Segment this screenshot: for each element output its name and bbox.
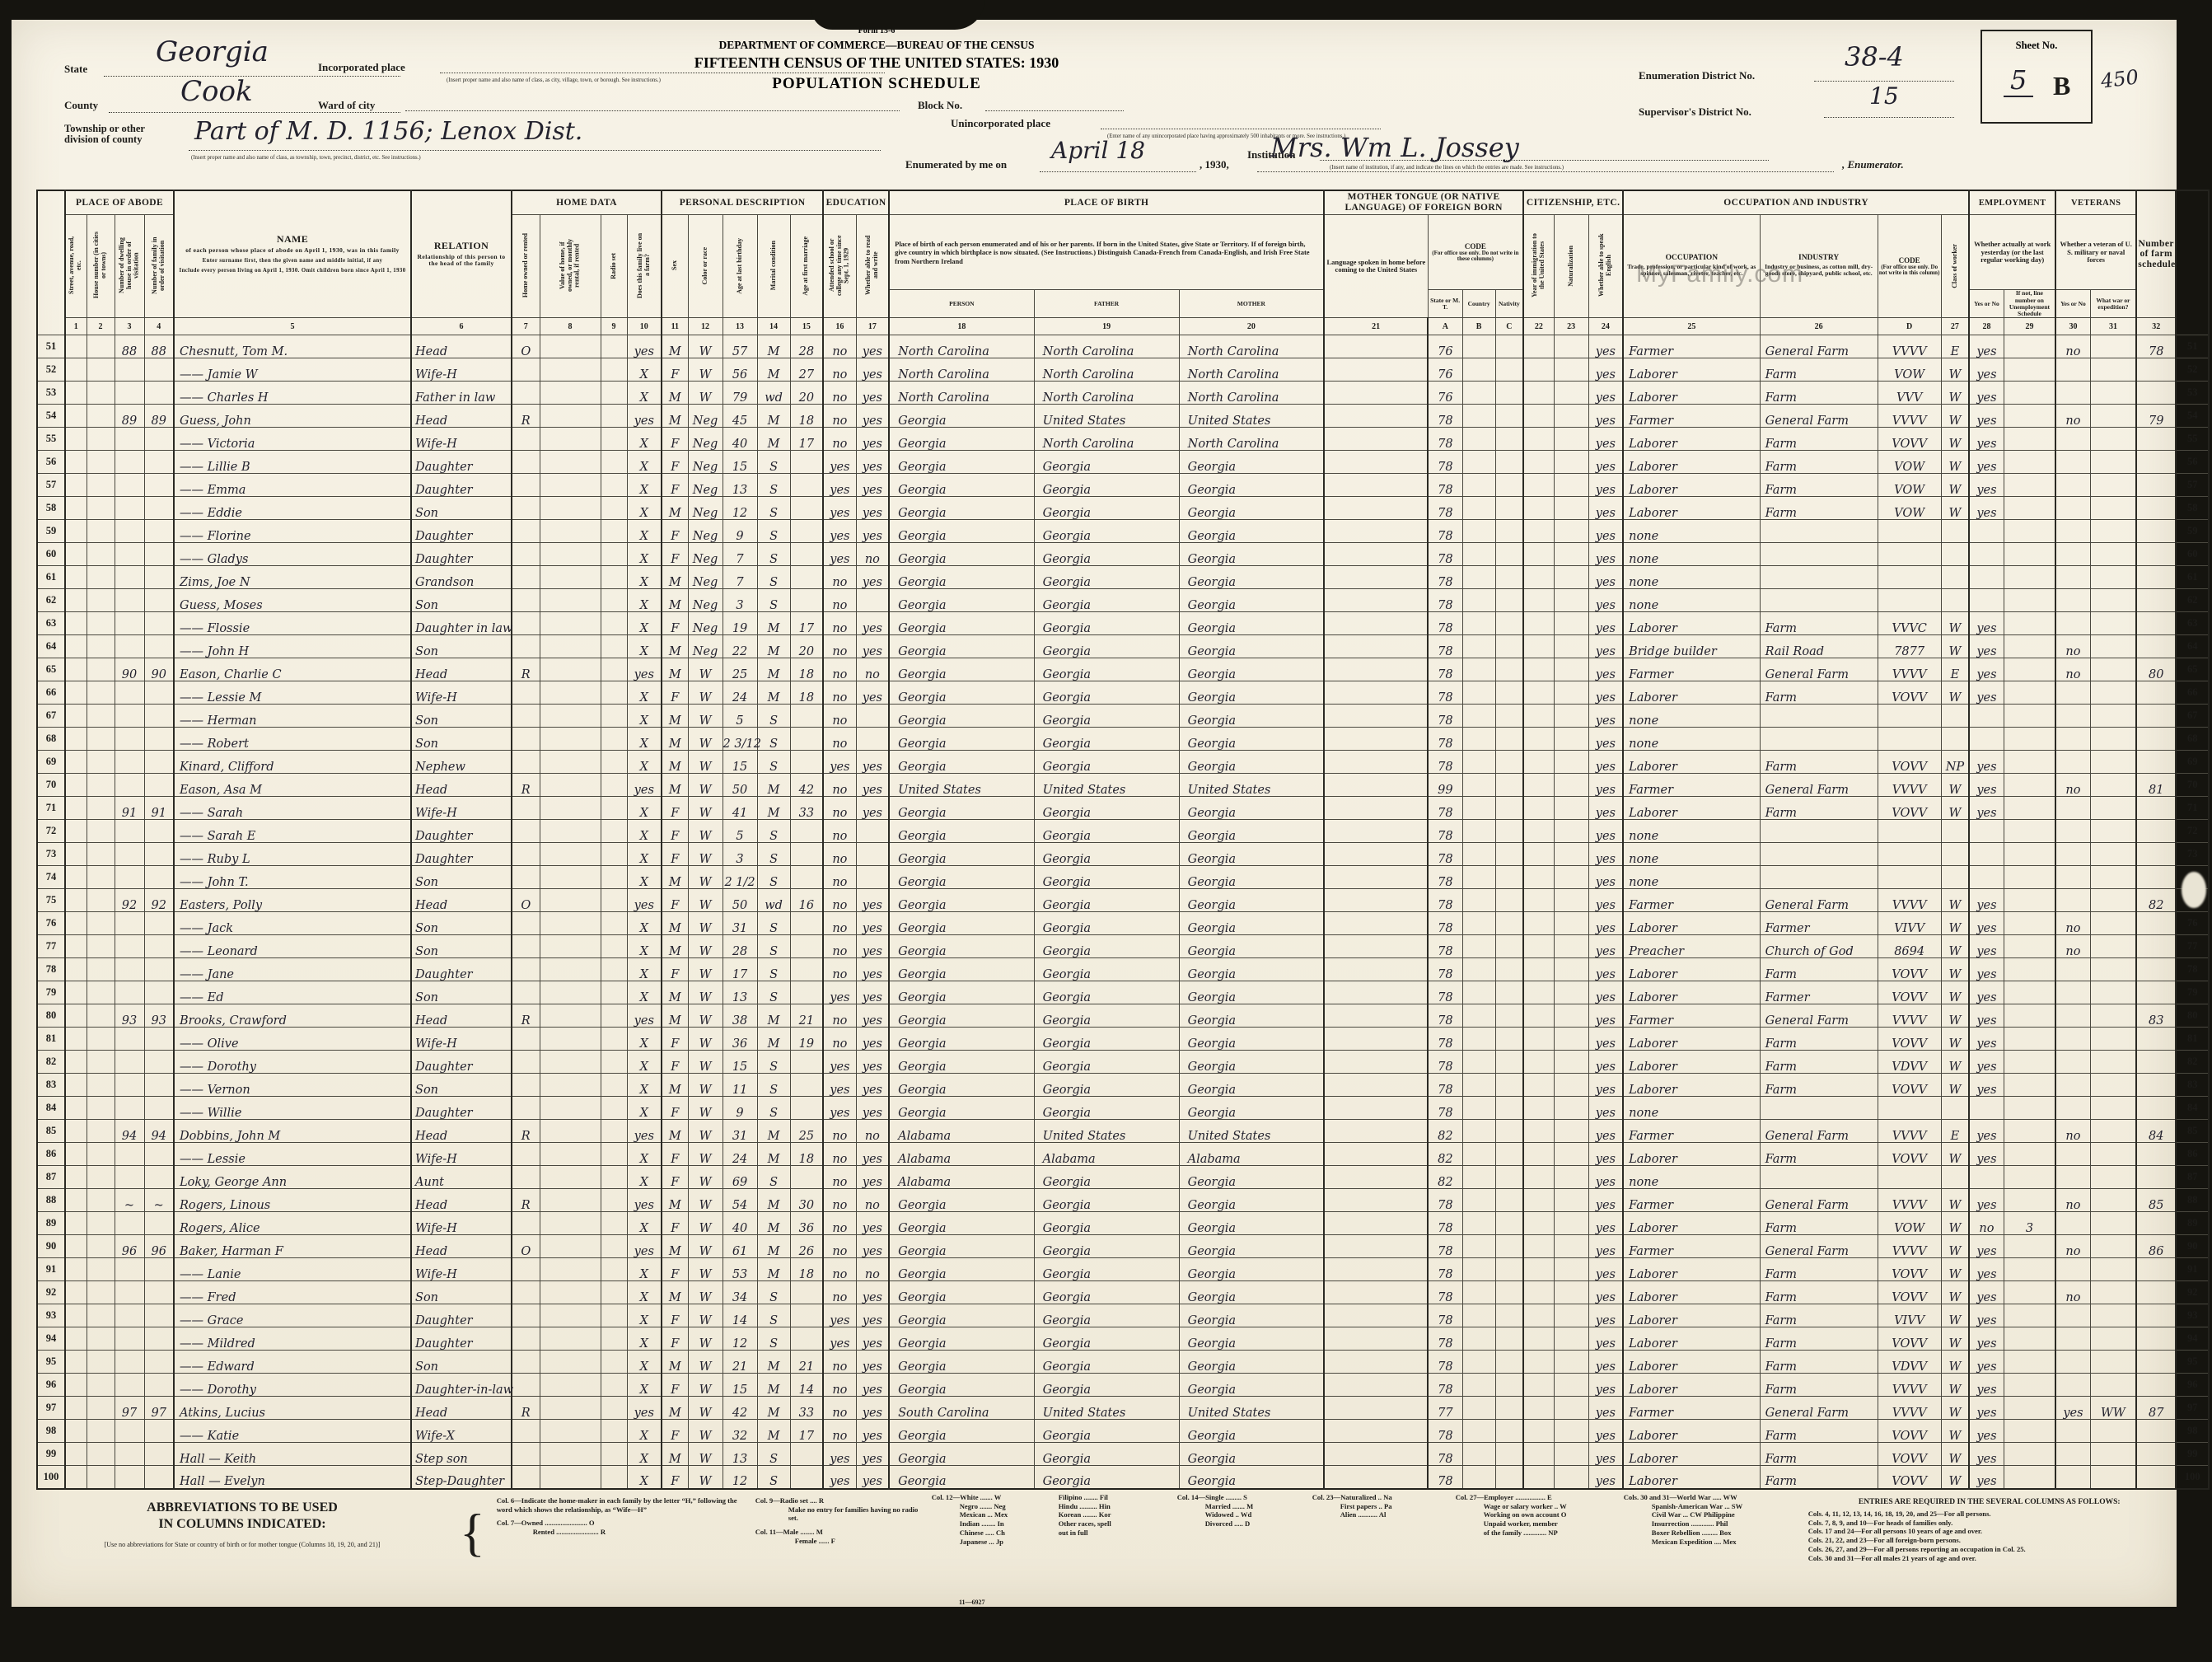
cell-speak_english: yes (1588, 728, 1623, 751)
cell-family_number (144, 728, 174, 751)
cell-speak_english: yes (1588, 1051, 1623, 1074)
cell-code_b (1462, 428, 1495, 451)
punch-hole (2182, 872, 2206, 908)
cell-birth_person: Georgia (889, 935, 1034, 958)
cell-line_right: 84 (2176, 1097, 2209, 1120)
cell-family_number (144, 1351, 174, 1374)
cell-code_c (1495, 1004, 1523, 1028)
cell-relation: Head (411, 1120, 512, 1143)
cell-age: 24 (723, 681, 757, 705)
cell-home_owned (512, 1212, 540, 1235)
cell-immigration_year (1523, 889, 1554, 912)
col15-label: Age at first marriage (802, 236, 810, 296)
legend-col12b-block: Filipino ........ FilHindu .......... Hi… (1059, 1485, 1166, 1602)
cell-sex: M (662, 1443, 688, 1466)
cell-street (65, 1281, 87, 1304)
cell-line_left: 69 (37, 751, 65, 774)
cell-line_left: 98 (37, 1420, 65, 1443)
cell-language (1324, 1351, 1428, 1374)
cell-code_a: 78 (1428, 1281, 1462, 1304)
cell-color: Neg (688, 474, 723, 497)
cell-occupation: none (1623, 843, 1760, 866)
cell-employed: yes (1969, 358, 2004, 382)
cell-code_a: 78 (1428, 1351, 1462, 1374)
cell-code_d (1878, 589, 1941, 612)
cell-birth_mother: Georgia (1179, 1189, 1324, 1212)
cell-unemployment_line (2004, 1028, 2055, 1051)
cell-speak_english: yes (1588, 566, 1623, 589)
column-number: 6 (411, 318, 512, 335)
cell-relation: Daughter (411, 543, 512, 566)
enumerator-name: Mrs. Wm L. Jossey (1270, 132, 1519, 163)
cell-home_value (540, 1212, 601, 1235)
cell-marital: S (757, 497, 790, 520)
cell-school: no (823, 681, 856, 705)
cell-read_write: yes (856, 1327, 889, 1351)
cell-radio (601, 405, 627, 428)
cell-marital: M (757, 1374, 790, 1397)
cell-family_number (144, 497, 174, 520)
cell-birth_person: North Carolina (889, 358, 1034, 382)
cell-name: Baker, Harman F (174, 1235, 411, 1258)
cell-dwelling_number (115, 774, 144, 797)
cell-line_right: 93 (2176, 1304, 2209, 1327)
cell-house_number (87, 1143, 115, 1166)
employment-desc: Whether actually at work yesterday (or t… (1969, 215, 2055, 290)
cell-dwelling_number (115, 358, 144, 382)
cell-code_d: VOVV (1878, 958, 1941, 981)
table-row: 82—— DorothyDaughterXFW15SyesyesGeorgiaG… (37, 1051, 2209, 1074)
cell-home_owned (512, 1258, 540, 1281)
cell-code_d: VVVV (1878, 1374, 1941, 1397)
col8-label: Value of home, if owned, or monthly rent… (559, 232, 581, 299)
cell-relation: Wife-H (411, 428, 512, 451)
cell-color: W (688, 1212, 723, 1235)
cell-line_right: 92 (2176, 1281, 2209, 1304)
cell-naturalization (1554, 543, 1588, 566)
cell-industry: Farm (1760, 1443, 1878, 1466)
cell-veteran (2055, 566, 2090, 589)
cell-industry: Farm (1760, 1351, 1878, 1374)
cell-immigration_year (1523, 451, 1554, 474)
cell-relation: Son (411, 1351, 512, 1374)
cell-relation: Aunt (411, 1166, 512, 1189)
block-line (985, 110, 1124, 111)
cell-language (1324, 566, 1428, 589)
cell-home_value (540, 543, 601, 566)
cell-code_d: VOVV (1878, 1443, 1941, 1466)
cell-employed (1969, 705, 2004, 728)
cell-sex: F (662, 451, 688, 474)
cell-worker_class: W (1941, 889, 1969, 912)
cell-code_b (1462, 935, 1495, 958)
cell-language (1324, 681, 1428, 705)
cell-unemployment_line (2004, 1120, 2055, 1143)
cell-immigration_year (1523, 1258, 1554, 1281)
cell-line_left: 78 (37, 958, 65, 981)
cell-street (65, 1351, 87, 1374)
cell-employed: yes (1969, 1028, 2004, 1051)
cell-occupation: Farmer (1623, 889, 1760, 912)
cell-naturalization (1554, 774, 1588, 797)
cell-employed (1969, 543, 2004, 566)
cell-birth_father: Georgia (1034, 797, 1179, 820)
column-number: B (1462, 318, 1495, 335)
cell-read_write: no (856, 1258, 889, 1281)
cell-language (1324, 820, 1428, 843)
cell-age_first_marriage: 21 (790, 1004, 823, 1028)
cell-home_value (540, 1004, 601, 1028)
cell-farm_schedule (2136, 1028, 2176, 1051)
cell-birth_father: Georgia (1034, 1281, 1179, 1304)
cell-age_first_marriage (790, 843, 823, 866)
cell-code_b (1462, 866, 1495, 889)
cell-sex: M (662, 405, 688, 428)
cell-radio (601, 1074, 627, 1097)
cell-worker_class: W (1941, 428, 1969, 451)
cell-school: no (823, 889, 856, 912)
cell-line_left: 67 (37, 705, 65, 728)
cell-home_value (540, 820, 601, 843)
cell-speak_english: yes (1588, 843, 1623, 866)
cell-age_first_marriage: 36 (790, 1212, 823, 1235)
cell-industry (1760, 728, 1878, 751)
cell-school: no (823, 1028, 856, 1051)
cell-birth_mother: United States (1179, 405, 1324, 428)
cell-language (1324, 728, 1428, 751)
cell-dwelling_number (115, 1028, 144, 1051)
cell-line_right: 97 (2176, 1397, 2209, 1420)
cell-veteran (2055, 589, 2090, 612)
cell-industry: Farm (1760, 1420, 1878, 1443)
legend-col6-block: Col. 6—Indicate the home-maker in each f… (497, 1485, 744, 1602)
cell-color: W (688, 1004, 723, 1028)
cell-name: —— Sarah E (174, 820, 411, 843)
cell-farm_schedule (2136, 474, 2176, 497)
cell-school: no (823, 1120, 856, 1143)
cell-code_c (1495, 566, 1523, 589)
name-desc-2: Enter surname first, then the given name… (175, 256, 410, 266)
cell-radio (601, 1028, 627, 1051)
cell-naturalization (1554, 1097, 1588, 1120)
legend-line: Unpaid worker, member (1456, 1519, 1612, 1529)
cell-employed: yes (1969, 1374, 2004, 1397)
cell-industry: Farm (1760, 428, 1878, 451)
cell-dwelling_number (115, 474, 144, 497)
cell-worker_class: W (1941, 1327, 1969, 1351)
col10-label: Does this family live on a farm? (637, 232, 652, 299)
cell-farm_schedule: 79 (2136, 405, 2176, 428)
cell-language (1324, 405, 1428, 428)
cell-street (65, 1051, 87, 1074)
cell-home_value (540, 566, 601, 589)
cell-dwelling_number (115, 705, 144, 728)
cell-color: W (688, 1258, 723, 1281)
codeC-header: Nativity (1495, 290, 1523, 318)
cell-birth_mother: Georgia (1179, 497, 1324, 520)
cell-immigration_year (1523, 728, 1554, 751)
cell-unemployment_line (2004, 497, 2055, 520)
cell-color: W (688, 681, 723, 705)
cell-employed: yes (1969, 681, 2004, 705)
cell-code_a: 78 (1428, 751, 1462, 774)
cell-home_owned (512, 428, 540, 451)
cell-name: —— Lessie (174, 1143, 411, 1166)
cell-age: 69 (723, 1166, 757, 1189)
cell-line_right: 68 (2176, 728, 2209, 751)
col13-label: Age at last birthday (737, 238, 744, 294)
cell-farm: X (627, 1028, 662, 1051)
cell-employed: yes (1969, 405, 2004, 428)
column-number: A (1428, 318, 1462, 335)
enumerator-line (1257, 171, 1834, 172)
cell-age_first_marriage: 27 (790, 358, 823, 382)
cell-school: no (823, 566, 856, 589)
cell-line_left: 57 (37, 474, 65, 497)
cell-code_a: 78 (1428, 612, 1462, 635)
cell-occupation: Laborer (1623, 1051, 1760, 1074)
cell-home_owned (512, 1420, 540, 1443)
cell-code_a: 78 (1428, 1443, 1462, 1466)
cell-line_right: 79 (2176, 981, 2209, 1004)
cell-birth_father: Georgia (1034, 1028, 1179, 1051)
cell-worker_class: W (1941, 1281, 1969, 1304)
cell-age: 31 (723, 1120, 757, 1143)
cell-radio (601, 866, 627, 889)
cell-war (2090, 1374, 2136, 1397)
cell-code_b (1462, 820, 1495, 843)
cell-name: Hall — Keith (174, 1443, 411, 1466)
cell-industry: Farm (1760, 1281, 1878, 1304)
cell-immigration_year (1523, 1420, 1554, 1443)
cell-unemployment_line (2004, 889, 2055, 912)
cell-street (65, 1120, 87, 1143)
cell-home_owned (512, 1351, 540, 1374)
cell-dwelling_number: 88 (115, 335, 144, 358)
table-row: 55—— VictoriaWife-HXFNeg40M17noyesGeorgi… (37, 428, 2209, 451)
cell-line_left: 97 (37, 1397, 65, 1420)
cell-radio (601, 428, 627, 451)
cell-home_value (540, 728, 601, 751)
legend-line: Mexican ... Mex (932, 1510, 1047, 1519)
cell-color: Neg (688, 451, 723, 474)
cell-street (65, 820, 87, 843)
cell-code_a: 78 (1428, 658, 1462, 681)
cell-naturalization (1554, 1189, 1588, 1212)
cell-home_value (540, 889, 601, 912)
cell-home_owned: R (512, 405, 540, 428)
cell-read_write: yes (856, 1235, 889, 1258)
cell-line_left: 61 (37, 566, 65, 589)
cell-employed: yes (1969, 497, 2004, 520)
table-row: 70Eason, Asa MHeadRyesMW50M42noyesUnited… (37, 774, 2209, 797)
cell-home_owned (512, 1097, 540, 1120)
cell-age_first_marriage (790, 1074, 823, 1097)
cell-radio (601, 1281, 627, 1304)
cell-marital: wd (757, 889, 790, 912)
cell-occupation: Farmer (1623, 774, 1760, 797)
cell-language (1324, 751, 1428, 774)
cell-color: Neg (688, 497, 723, 520)
cell-speak_english: yes (1588, 382, 1623, 405)
cell-veteran (2055, 1074, 2090, 1097)
cell-home_owned (512, 497, 540, 520)
legend-col9a: Col. 9—Radio set .... R (755, 1496, 920, 1505)
cell-immigration_year (1523, 1189, 1554, 1212)
cell-name: —— Sarah (174, 797, 411, 820)
cell-line_left: 77 (37, 935, 65, 958)
cell-worker_class: E (1941, 658, 1969, 681)
cell-name: —— Dorothy (174, 1374, 411, 1397)
cell-naturalization (1554, 1074, 1588, 1097)
cell-occupation: Laborer (1623, 1351, 1760, 1374)
table-row: 89Rogers, AliceWife-HXFW40M36noyesGeorgi… (37, 1212, 2209, 1235)
cell-school: yes (823, 1304, 856, 1327)
cell-farm_schedule (2136, 1166, 2176, 1189)
cell-code_d: VOVV (1878, 797, 1941, 820)
table-row: 57—— EmmaDaughterXFNeg13SyesyesGeorgiaGe… (37, 474, 2209, 497)
table-row: 79—— EdSonXMW13SyesyesGeorgiaGeorgiaGeor… (37, 981, 2209, 1004)
cell-read_write: yes (856, 1051, 889, 1074)
cell-unemployment_line (2004, 405, 2055, 428)
cell-code_a: 78 (1428, 889, 1462, 912)
cell-radio (601, 774, 627, 797)
cell-home_owned (512, 520, 540, 543)
cell-farm_schedule (2136, 589, 2176, 612)
cell-naturalization (1554, 1212, 1588, 1235)
cell-employed: yes (1969, 474, 2004, 497)
cell-marital: S (757, 1097, 790, 1120)
cell-home_owned (512, 1166, 540, 1189)
cell-dwelling_number (115, 935, 144, 958)
cell-school: no (823, 1281, 856, 1304)
cell-code_b (1462, 405, 1495, 428)
cell-code_b (1462, 912, 1495, 935)
cell-marital: M (757, 1212, 790, 1235)
cell-industry: Farm (1760, 1258, 1878, 1281)
cell-farm_schedule (2136, 1258, 2176, 1281)
cell-naturalization (1554, 497, 1588, 520)
cell-code_b (1462, 981, 1495, 1004)
cell-occupation: Laborer (1623, 1443, 1760, 1466)
cell-unemployment_line (2004, 1097, 2055, 1120)
cell-name: Brooks, Crawford (174, 1004, 411, 1028)
col2-label: House number (in cities or towns) (93, 232, 108, 299)
cell-home_value (540, 589, 601, 612)
cell-birth_father: North Carolina (1034, 335, 1179, 358)
cell-industry: Farm (1760, 358, 1878, 382)
cell-employed: yes (1969, 935, 2004, 958)
cell-language (1324, 1166, 1428, 1189)
cell-birth_father: Georgia (1034, 612, 1179, 635)
cell-naturalization (1554, 428, 1588, 451)
cell-language (1324, 497, 1428, 520)
cell-line_left: 92 (37, 1281, 65, 1304)
cell-birth_father: Georgia (1034, 1097, 1179, 1120)
cell-sex: M (662, 382, 688, 405)
cell-unemployment_line (2004, 751, 2055, 774)
cell-immigration_year (1523, 774, 1554, 797)
cell-occupation: Laborer (1623, 1258, 1760, 1281)
cell-farm: X (627, 728, 662, 751)
cell-naturalization (1554, 382, 1588, 405)
col22-header: Year of immigration to the United States (1523, 215, 1554, 318)
cell-age_first_marriage: 18 (790, 681, 823, 705)
cell-home_value (540, 612, 601, 635)
col3-header: Number of dwelling house in order of vis… (115, 215, 144, 318)
cell-veteran (2055, 451, 2090, 474)
cell-code_d: VOVV (1878, 1420, 1941, 1443)
cell-birth_person: Georgia (889, 543, 1034, 566)
enum-district-line (1814, 81, 1954, 82)
cell-school: no (823, 405, 856, 428)
cell-line_left: 80 (37, 1004, 65, 1028)
legend-col12-block: Col. 12—White ....... WNegro ....... Neg… (932, 1485, 1047, 1602)
cell-speak_english: yes (1588, 751, 1623, 774)
cell-street (65, 1189, 87, 1212)
cell-farm: yes (627, 774, 662, 797)
cell-code_a: 78 (1428, 1004, 1462, 1028)
cell-name: Rogers, Linous (174, 1189, 411, 1212)
cell-dwelling_number (115, 635, 144, 658)
cell-birth_father: Georgia (1034, 1074, 1179, 1097)
cell-industry: Farmer (1760, 981, 1878, 1004)
cell-name: Kinard, Clifford (174, 751, 411, 774)
cell-occupation: Laborer (1623, 1028, 1760, 1051)
state-value: Georgia (156, 38, 269, 66)
cell-color: W (688, 889, 723, 912)
cell-veteran (2055, 981, 2090, 1004)
cell-relation: Daughter in law (411, 612, 512, 635)
cell-occupation: none (1623, 520, 1760, 543)
cell-age: 17 (723, 958, 757, 981)
cell-occupation: none (1623, 866, 1760, 889)
cell-home_value (540, 1304, 601, 1327)
cell-age: 14 (723, 1304, 757, 1327)
cell-line_left: 51 (37, 335, 65, 358)
cell-language (1324, 981, 1428, 1004)
cell-code_c (1495, 474, 1523, 497)
cell-house_number (87, 566, 115, 589)
column-number: 3 (115, 318, 144, 335)
cell-language (1324, 1051, 1428, 1074)
township-label-1: Township or other (64, 123, 145, 134)
cell-language (1324, 958, 1428, 981)
cell-family_number (144, 1097, 174, 1120)
col7-label: Home owned or rented (522, 233, 530, 297)
cell-code_d (1878, 543, 1941, 566)
cell-marital: M (757, 1189, 790, 1212)
cell-school: yes (823, 451, 856, 474)
cell-birth_father: Georgia (1034, 728, 1179, 751)
table-row: 92—— FredSonXMW34SnoyesGeorgiaGeorgiaGeo… (37, 1281, 2209, 1304)
cell-line_left: 79 (37, 981, 65, 1004)
cell-unemployment_line (2004, 1443, 2055, 1466)
cell-family_number (144, 935, 174, 958)
cell-sex: M (662, 774, 688, 797)
column-number: 22 (1523, 318, 1554, 335)
cell-speak_english: yes (1588, 1143, 1623, 1166)
cell-immigration_year (1523, 935, 1554, 958)
cell-house_number (87, 797, 115, 820)
form-header: State Georgia County Cook Township or ot… (12, 20, 2177, 190)
cell-code_a: 78 (1428, 589, 1462, 612)
cell-birth_mother: Georgia (1179, 451, 1324, 474)
cell-home_value (540, 358, 601, 382)
cell-code_d: VIVV (1878, 1304, 1941, 1327)
cell-birth_person: Alabama (889, 1120, 1034, 1143)
cell-war (2090, 1051, 2136, 1074)
